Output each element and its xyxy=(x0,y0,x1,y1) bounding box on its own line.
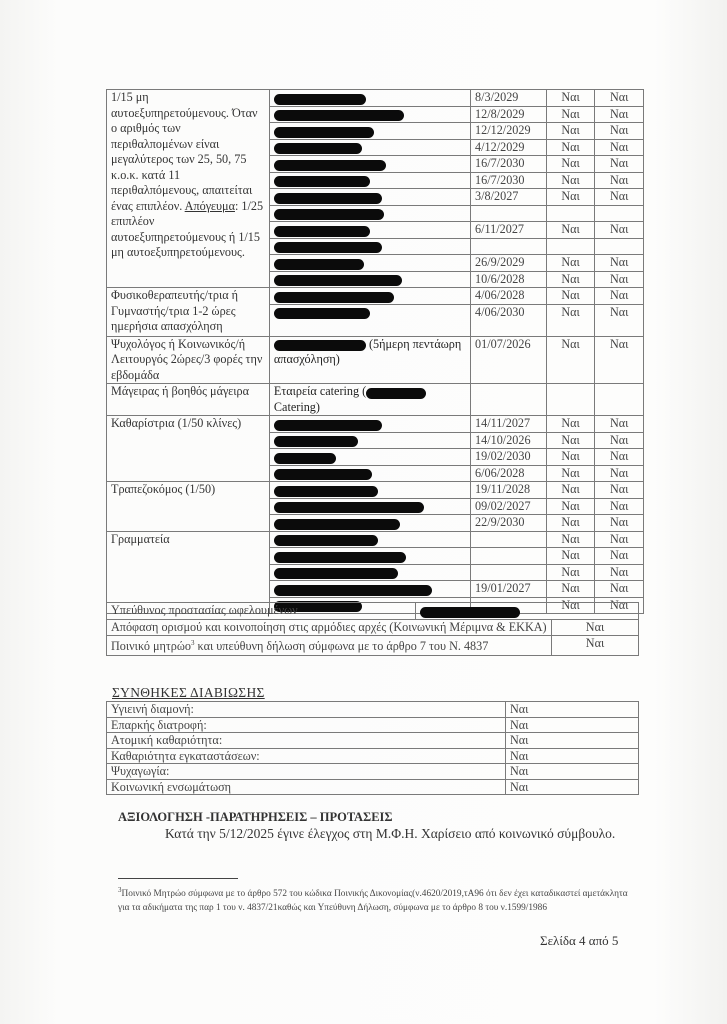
living-conditions-heading: ΣΥΝΘΗΚΕΣ ΔΙΑΒΙΩΣΗΣ xyxy=(112,685,265,701)
staff-name xyxy=(269,172,470,189)
staff-name xyxy=(269,304,470,336)
check-2: Ναι xyxy=(595,515,644,532)
criminal-record-value: Ναι xyxy=(552,636,639,656)
check-1: Ναι xyxy=(546,581,595,598)
staff-name xyxy=(269,449,470,466)
check-1: Ναι xyxy=(546,449,595,466)
table-row: Ψυχολόγος ή Κοινωνικός/ή Λειτουργός 2ώρε… xyxy=(107,336,644,384)
check-2: Ναι xyxy=(595,449,644,466)
redaction-bar xyxy=(274,242,382,253)
check-1 xyxy=(546,384,595,416)
table-row: Υπεύθυνος προστασίας ωφελουμένων xyxy=(107,603,639,620)
staff-role-caregivers: 1/15 μη αυτοεξυπηρετούμενους. Όταν ο αρι… xyxy=(107,90,270,288)
check-2: Ναι xyxy=(595,531,644,548)
check-2: Ναι xyxy=(595,123,644,140)
check-2: Ναι xyxy=(595,222,644,239)
check-2: Ναι xyxy=(595,189,644,206)
condition-value: Ναι xyxy=(506,733,639,749)
check-2: Ναι xyxy=(595,90,644,107)
criminal-record-text: Ποινικό μητρώο xyxy=(111,639,191,653)
table-row: Τραπεζοκόμος (1/50)19/11/2028ΝαιΝαι xyxy=(107,482,644,499)
table-row: Φυσικοθεραπευτής/τρια ή Γυμναστής/τρια 1… xyxy=(107,288,644,305)
check-1: Ναι xyxy=(546,123,595,140)
redaction-bar xyxy=(274,568,398,579)
check-1: Ναι xyxy=(546,189,595,206)
table-row: Κοινωνική ενσωμάτωσηΝαι xyxy=(107,779,639,795)
license-date: 6/06/2028 xyxy=(471,465,547,482)
staff-name xyxy=(269,90,470,107)
footnote-text: Ποινικό Μητρώο σύμφωνα με το άρθρο 572 τ… xyxy=(118,889,628,913)
evaluation-heading: ΑΞΙΟΛΟΓΗΣΗ -ΠΑΡΑΤΗΡΗΣΕΙΣ – ΠΡΟΤΑΣΕΙΣ xyxy=(118,810,393,825)
check-1: Ναι xyxy=(546,304,595,336)
staff-name xyxy=(269,255,470,272)
check-1: Ναι xyxy=(546,172,595,189)
check-2: Ναι xyxy=(595,336,644,384)
staff-role-physio: Φυσικοθεραπευτής/τρια ή Γυμναστής/τρια 1… xyxy=(107,288,270,337)
license-date xyxy=(471,548,547,565)
table-row: ΓραμματείαΝαιΝαι xyxy=(107,531,644,548)
license-date: 19/11/2028 xyxy=(471,482,547,499)
condition-value: Ναι xyxy=(506,748,639,764)
staff-name xyxy=(269,548,470,565)
redaction-bar xyxy=(274,193,382,204)
check-1 xyxy=(546,205,595,222)
redaction-bar xyxy=(274,226,370,237)
check-2 xyxy=(595,205,644,222)
check-1: Ναι xyxy=(546,222,595,239)
check-2 xyxy=(595,384,644,416)
role-afternoon-label: Απόγευμα xyxy=(185,199,235,213)
license-date xyxy=(471,564,547,581)
condition-label: Κοινωνική ενσωμάτωση xyxy=(107,779,506,795)
condition-label: Ψυχαγωγία: xyxy=(107,764,506,780)
protection-table: Υπεύθυνος προστασίας ωφελουμένων Απόφαση… xyxy=(106,602,639,656)
redaction-bar xyxy=(274,340,366,351)
protection-officer-label: Υπεύθυνος προστασίας ωφελουμένων xyxy=(107,603,416,620)
staff-role-psychologist: Ψυχολόγος ή Κοινωνικός/ή Λειτουργός 2ώρε… xyxy=(107,336,270,384)
check-1: Ναι xyxy=(546,90,595,107)
license-date: 10/6/2028 xyxy=(471,271,547,288)
check-2: Ναι xyxy=(595,416,644,433)
staff-name xyxy=(269,432,470,449)
license-date: 4/06/2028 xyxy=(471,288,547,305)
check-1: Ναι xyxy=(546,271,595,288)
catering-prefix: Εταιρεία catering ( xyxy=(274,384,366,398)
check-1: Ναι xyxy=(546,416,595,433)
check-2: Ναι xyxy=(595,465,644,482)
check-2: Ναι xyxy=(595,482,644,499)
license-date: 8/3/2029 xyxy=(471,90,547,107)
check-2: Ναι xyxy=(595,106,644,123)
license-date: 19/02/2030 xyxy=(471,449,547,466)
check-2: Ναι xyxy=(595,288,644,305)
redaction-bar xyxy=(274,453,336,464)
check-1: Ναι xyxy=(546,482,595,499)
staff-name xyxy=(269,189,470,206)
redaction-bar xyxy=(274,519,400,530)
staff-name xyxy=(269,515,470,532)
redaction-bar xyxy=(366,388,426,399)
staff-name xyxy=(269,106,470,123)
check-2: Ναι xyxy=(595,271,644,288)
redaction-bar xyxy=(274,127,374,138)
redaction-bar xyxy=(274,436,358,447)
staff-name xyxy=(269,222,470,239)
staff-name xyxy=(269,416,470,433)
check-1: Ναι xyxy=(546,139,595,156)
staff-name xyxy=(269,123,470,140)
license-date: 26/9/2029 xyxy=(471,255,547,272)
check-1: Ναι xyxy=(546,106,595,123)
table-row: 1/15 μη αυτοεξυπηρετούμενους. Όταν ο αρι… xyxy=(107,90,644,107)
redaction-bar xyxy=(274,292,394,303)
staff-table: 1/15 μη αυτοεξυπηρετούμενους. Όταν ο αρι… xyxy=(106,89,644,614)
staff-name xyxy=(269,531,470,548)
check-1: Ναι xyxy=(546,288,595,305)
condition-value: Ναι xyxy=(506,764,639,780)
condition-label: Ατομική καθαριότητα: xyxy=(107,733,506,749)
role-text: 1/15 μη αυτοεξυπηρετούμενους. Όταν ο αρι… xyxy=(111,90,258,213)
license-date xyxy=(471,531,547,548)
check-2: Ναι xyxy=(595,432,644,449)
table-row: Ψυχαγωγία:Ναι xyxy=(107,764,639,780)
check-2: Ναι xyxy=(595,498,644,515)
license-date: 4/12/2029 xyxy=(471,139,547,156)
check-1: Ναι xyxy=(546,465,595,482)
redaction-bar xyxy=(274,420,382,431)
staff-name xyxy=(269,465,470,482)
redaction-bar xyxy=(274,308,370,319)
staff-role-waiter: Τραπεζοκόμος (1/50) xyxy=(107,482,270,532)
catering-suffix: Catering) xyxy=(274,400,466,416)
condition-label: Καθαριότητα εγκαταστάσεων: xyxy=(107,748,506,764)
table-row: Απόφαση ορισμού και κοινοποίηση στις αρμ… xyxy=(107,619,639,636)
check-2: Ναι xyxy=(595,581,644,598)
license-date: 01/07/2026 xyxy=(471,336,547,384)
redaction-bar xyxy=(274,176,370,187)
condition-label: Υγιεινή διαμονή: xyxy=(107,702,506,718)
footnote-separator xyxy=(118,878,238,879)
document-page: 1/15 μη αυτοεξυπηρετούμενους. Όταν ο αρι… xyxy=(0,0,727,1024)
table-row: Μάγειρας ή βοηθός μάγειραΕταιρεία cateri… xyxy=(107,384,644,416)
check-2: Ναι xyxy=(595,304,644,336)
staff-name xyxy=(269,139,470,156)
table-row: Καθαριότητα εγκαταστάσεων:Ναι xyxy=(107,748,639,764)
license-date: 09/02/2027 xyxy=(471,498,547,515)
staff-name xyxy=(269,238,470,255)
check-2: Ναι xyxy=(595,172,644,189)
license-date: 4/06/2030 xyxy=(471,304,547,336)
staff-name xyxy=(269,288,470,305)
table-row: Ατομική καθαριότητα:Ναι xyxy=(107,733,639,749)
redaction-bar xyxy=(274,160,386,171)
evaluation-text: Κατά την 5/12/2025 έγινε έλεγχος στη Μ.Φ… xyxy=(165,826,615,842)
check-2: Ναι xyxy=(595,255,644,272)
table-row: Καθαρίστρια (1/50 κλίνες)14/11/2027ΝαιΝα… xyxy=(107,416,644,433)
condition-label: Επαρκής διατροφή: xyxy=(107,717,506,733)
check-1: Ναι xyxy=(546,498,595,515)
redaction-bar xyxy=(274,502,424,513)
license-date xyxy=(471,205,547,222)
check-1: Ναι xyxy=(546,515,595,532)
redaction-bar xyxy=(274,585,432,596)
redaction-bar xyxy=(274,552,406,563)
license-date: 14/10/2026 xyxy=(471,432,547,449)
appointment-decision-label: Απόφαση ορισμού και κοινοποίηση στις αρμ… xyxy=(107,619,552,636)
criminal-record-text-rest: και υπεύθυνη δήλωση σύμφωνα με το άρθρο … xyxy=(194,639,488,653)
license-date: 16/7/2030 xyxy=(471,172,547,189)
catering-company: Εταιρεία catering (Catering) xyxy=(269,384,470,416)
check-2: Ναι xyxy=(595,156,644,173)
redaction-bar xyxy=(274,110,404,121)
table-row: Επαρκής διατροφή:Ναι xyxy=(107,717,639,733)
page-number: Σελίδα 4 από 5 xyxy=(540,933,618,949)
redaction-bar xyxy=(274,259,364,270)
footnote: 3Ποινικό Μητρώο σύμφωνα με το άρθρο 572 … xyxy=(118,883,638,915)
staff-name xyxy=(269,271,470,288)
license-date xyxy=(471,238,547,255)
check-1 xyxy=(546,238,595,255)
check-1: Ναι xyxy=(546,336,595,384)
staff-role-cleaner: Καθαρίστρια (1/50 κλίνες) xyxy=(107,416,270,482)
table-row: Ποινικό μητρώο3 και υπεύθυνη δήλωση σύμφ… xyxy=(107,636,639,656)
protection-officer-name xyxy=(416,603,639,620)
redaction-bar xyxy=(274,535,378,546)
license-date: 22/9/2030 xyxy=(471,515,547,532)
redaction-bar xyxy=(274,94,366,105)
check-2: Ναι xyxy=(595,564,644,581)
staff-name xyxy=(269,564,470,581)
redaction-bar xyxy=(274,469,372,480)
criminal-record-label: Ποινικό μητρώο3 και υπεύθυνη δήλωση σύμφ… xyxy=(107,636,552,656)
check-1: Ναι xyxy=(546,531,595,548)
table-row: Υγιεινή διαμονή:Ναι xyxy=(107,702,639,718)
redaction-bar xyxy=(274,486,378,497)
license-date: 16/7/2030 xyxy=(471,156,547,173)
license-date: 6/11/2027 xyxy=(471,222,547,239)
staff-name xyxy=(269,581,470,598)
staff-name xyxy=(269,482,470,499)
license-date: 19/01/2027 xyxy=(471,581,547,598)
check-2: Ναι xyxy=(595,139,644,156)
license-date: 3/8/2027 xyxy=(471,189,547,206)
check-2 xyxy=(595,238,644,255)
redaction-bar xyxy=(274,143,362,154)
staff-name xyxy=(269,156,470,173)
staff-name: (5ήμερη πεντάωρη απασχόληση) xyxy=(269,336,470,384)
redaction-bar xyxy=(274,209,384,220)
redaction-bar xyxy=(420,607,520,618)
staff-name xyxy=(269,205,470,222)
check-1: Ναι xyxy=(546,432,595,449)
check-1: Ναι xyxy=(546,564,595,581)
condition-value: Ναι xyxy=(506,702,639,718)
license-date: 14/11/2027 xyxy=(471,416,547,433)
staff-role-cook: Μάγειρας ή βοηθός μάγειρα xyxy=(107,384,270,416)
check-1: Ναι xyxy=(546,156,595,173)
license-date xyxy=(471,384,547,416)
condition-value: Ναι xyxy=(506,717,639,733)
redaction-bar xyxy=(274,275,402,286)
condition-value: Ναι xyxy=(506,779,639,795)
check-1: Ναι xyxy=(546,255,595,272)
check-1: Ναι xyxy=(546,548,595,565)
license-date: 12/8/2029 xyxy=(471,106,547,123)
appointment-decision-value: Ναι xyxy=(552,619,639,636)
staff-name xyxy=(269,498,470,515)
living-conditions-table: Υγιεινή διαμονή:ΝαιΕπαρκής διατροφή:ΝαιΑ… xyxy=(106,701,639,795)
check-2: Ναι xyxy=(595,548,644,565)
license-date: 12/12/2029 xyxy=(471,123,547,140)
